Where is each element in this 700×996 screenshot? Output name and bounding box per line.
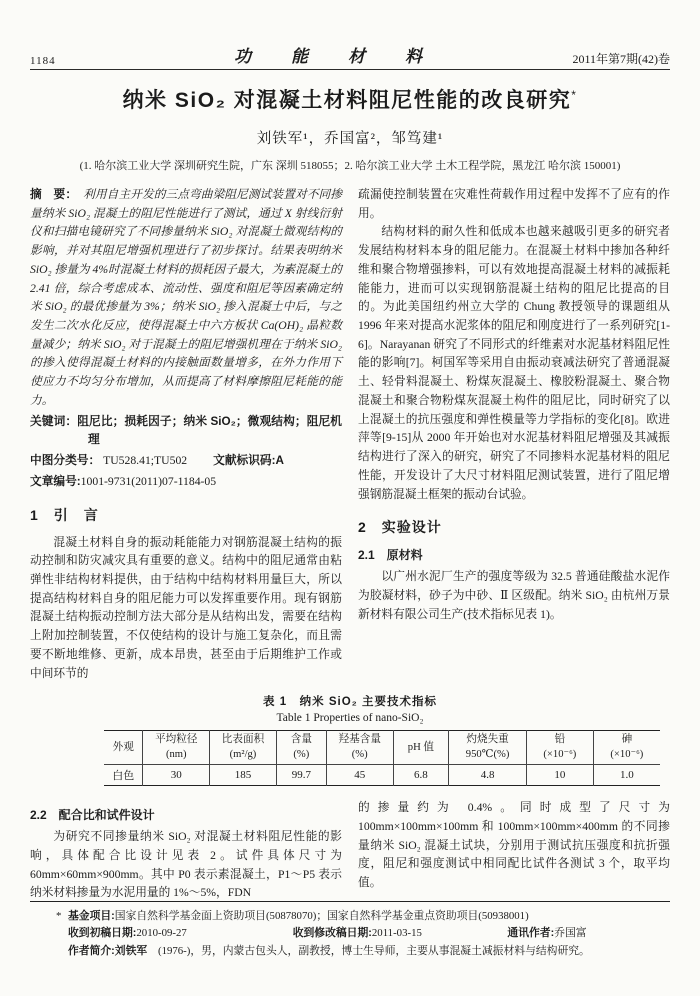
raw-materials-paragraph: 以广州水泥厂生产的强度等级为 32.5 普通硅酸盐水泥作为胶凝材料，砂子为中砂、… (358, 568, 670, 624)
table1-cell: 6.8 (393, 765, 449, 786)
right-column-lower: 的掺量约为 0.4%。同时成型了尺寸为 100mm×100mm×100mm 和 … (358, 799, 670, 903)
left-column: 摘 要：利用自主开发的三点弯曲梁阻尼测试装置对不同掺量纳米 SiO₂ 混凝土的阻… (30, 186, 342, 683)
bio-text: (1976-)，男，内蒙古包头人，副教授，博士生导师，主要从事混凝土减振材料与结… (147, 945, 590, 957)
article-id-value: 1001-9731(2011)07-1184-05 (81, 475, 216, 488)
revised-date: 2011-03-15 (372, 927, 422, 939)
body-columns-upper: 摘 要：利用自主开发的三点弯曲梁阻尼测试装置对不同掺量纳米 SiO₂ 混凝土的阻… (30, 186, 670, 683)
table1-cell: 30 (143, 765, 210, 786)
article-id-line: 文章编号:1001-9731(2011)07-1184-05 (30, 473, 342, 492)
table1-col-hydroxyl-content: 羟基含量(%) (326, 731, 393, 765)
bio-author-name: 刘铁军 (115, 945, 147, 957)
table1-col-content: 含量(%) (276, 731, 326, 765)
corresponding-author-group: 通讯作者:乔国富 (507, 925, 586, 942)
table1-cell: 4.8 (449, 765, 527, 786)
table1-cell: 白色 (104, 765, 143, 786)
article-title-text: 纳米 SiO₂ 对混凝土材料阻尼性能的改良研究 (123, 89, 572, 112)
author-bio-line: 作者简介:刘铁军 (1976-)，男，内蒙古包头人，副教授，博士生导师，主要从事… (68, 943, 670, 960)
keywords-line: 关键词：阻尼比；损耗因子；纳米 SiO₂；微观结构；阻尼机理 (30, 413, 342, 450)
footnote-footer: *基金项目:国家自然科学基金面上资助项目(50878070)；国家自然科学基金重… (30, 901, 670, 960)
intro-paragraph-continued: 疏漏使控制装置在灾难性荷载作用过程中发挥不了应有的作用。 (358, 186, 670, 223)
table1-cell: 45 (326, 765, 393, 786)
subsection-heading-raw-materials: 2.1 原材料 (358, 546, 670, 563)
keywords-text: 阻尼比；损耗因子；纳米 SiO₂；微观结构；阻尼机理 (77, 415, 342, 447)
revised-label: 收到修改稿日期: (293, 927, 372, 939)
intro-paragraph-2: 结构材料的耐久性和低成本也越来越吸引更多的研究者发展结构材料本身的阻尼能力。在混… (358, 223, 670, 504)
table1-caption-cn: 表 1 纳米 SiO₂ 主要技术指标 (0, 693, 700, 709)
article-title: 纳米 SiO₂ 对混凝土材料阻尼性能的改良研究* (30, 84, 670, 114)
table1-caption-en: Table 1 Properties of nano-SiO₂ (0, 712, 700, 724)
subsection-heading-mix-design: 2.2 配合比和试件设计 (30, 806, 342, 823)
section-heading-introduction: 1 引 言 (30, 505, 342, 525)
issue-info: 2011年第7期(42)卷 (572, 50, 670, 67)
mix-design-paragraph-continued: 的掺量约为 0.4%。同时成型了尺寸为 100mm×100mm×100mm 和 … (358, 799, 670, 893)
doc-code-value: A (275, 454, 283, 467)
section-heading-experiment-design: 2 实验设计 (358, 517, 670, 537)
abstract-label: 摘 要： (30, 188, 83, 201)
funding-label: 基金项目: (68, 910, 115, 922)
footnote-block: *基金项目:国家自然科学基金面上资助项目(50878070)；国家自然科学基金重… (30, 908, 670, 960)
received-date-group: 收到初稿日期:2010-09-27 (68, 925, 290, 942)
dates-line: 收到初稿日期:2010-09-27 收到修改稿日期:2011-03-15 通讯作… (68, 925, 670, 942)
clc-value: TU528.41;TU502 (103, 454, 187, 467)
table1-col-ph: pH 值 (393, 731, 449, 765)
table1-block: 表 1 纳米 SiO₂ 主要技术指标 Table 1 Properties of… (0, 693, 700, 786)
mix-design-paragraph-left: 为研究不同掺量纳米 SiO₂ 对混凝土材料阻尼性能的影响，具体配合比设计见表 2… (30, 828, 342, 903)
table1-cell: 1.0 (593, 765, 660, 786)
funding-line: *基金项目:国家自然科学基金面上资助项目(50878070)；国家自然科学基金重… (68, 908, 670, 925)
table1: 外观 平均粒径(nm) 比表面积(m²/g) 含量(%) 羟基含量(%) pH … (104, 730, 660, 786)
authors-line: 刘铁军¹，乔国富²，邹笃建¹ (30, 127, 670, 148)
journal-page: 1184 功能材料 2011年第7期(42)卷 纳米 SiO₂ 对混凝土材料阻尼… (0, 42, 700, 903)
funding-text: 国家自然科学基金面上资助项目(50878070)；国家自然科学基金重点资助项目(… (115, 910, 529, 922)
table1-col-lead: 铅(×10⁻⁶) (527, 731, 594, 765)
table1-col-avg-particle-size: 平均粒径(nm) (143, 731, 210, 765)
received-label: 收到初稿日期: (68, 927, 136, 939)
keywords-label: 关键词： (30, 415, 77, 428)
revised-date-group: 收到修改稿日期:2011-03-15 (293, 925, 505, 942)
article-id-label: 文章编号: (30, 475, 81, 488)
intro-paragraph-left: 混凝土材料自身的振动耗能能力对钢筋混凝土结构的振动控制和防灾减灾具有重要的意义。… (30, 534, 342, 684)
received-date: 2010-09-27 (136, 927, 186, 939)
title-block: 纳米 SiO₂ 对混凝土材料阻尼性能的改良研究* 刘铁军¹，乔国富²，邹笃建¹ … (30, 84, 670, 173)
table1-col-appearance: 外观 (104, 731, 143, 765)
journal-name: 功能材料 (234, 42, 462, 67)
doc-code-label: 文献标识码: (213, 454, 275, 467)
table1-cell: 185 (210, 765, 277, 786)
title-footnote-marker: * (571, 88, 577, 102)
clc-line: 中图分类号： TU528.41;TU502文献标识码:A (30, 452, 342, 471)
body-columns-lower: 2.2 配合比和试件设计 为研究不同掺量纳米 SiO₂ 对混凝土材料阻尼性能的影… (30, 799, 670, 903)
table1-col-ignition-loss: 灼烧失重950℃(%) (449, 731, 527, 765)
bio-label: 作者简介: (68, 945, 115, 957)
corresponding-author-name: 乔国富 (554, 927, 586, 939)
table1-data-row: 白色 30 185 99.7 45 6.8 4.8 10 1.0 (104, 765, 660, 786)
running-header: 1184 功能材料 2011年第7期(42)卷 (30, 42, 670, 70)
corresponding-author-label: 通讯作者: (507, 927, 554, 939)
clc-label: 中图分类号： (30, 454, 100, 467)
table1-col-arsenic: 砷(×10⁻⁶) (593, 731, 660, 765)
table1-header-row: 外观 平均粒径(nm) 比表面积(m²/g) 含量(%) 羟基含量(%) pH … (104, 731, 660, 765)
abstract-text: 利用自主开发的三点弯曲梁阻尼测试装置对不同掺量纳米 SiO₂ 混凝土的阻尼性能进… (30, 188, 342, 407)
right-column: 疏漏使控制装置在灾难性荷载作用过程中发挥不了应有的作用。 结构材料的耐久性和低成… (358, 186, 670, 683)
abstract-paragraph: 摘 要：利用自主开发的三点弯曲梁阻尼测试装置对不同掺量纳米 SiO₂ 混凝土的阻… (30, 186, 342, 411)
table1-col-specific-surface-area: 比表面积(m²/g) (210, 731, 277, 765)
affiliation-line: (1. 哈尔滨工业大学 深圳研究生院，广东 深圳 518055；2. 哈尔滨工业… (30, 157, 670, 173)
table1-cell: 99.7 (276, 765, 326, 786)
left-column-lower: 2.2 配合比和试件设计 为研究不同掺量纳米 SiO₂ 对混凝土材料阻尼性能的影… (30, 799, 342, 903)
table1-cell: 10 (527, 765, 594, 786)
footnote-marker: * (56, 908, 68, 925)
page-number: 1184 (30, 55, 56, 67)
